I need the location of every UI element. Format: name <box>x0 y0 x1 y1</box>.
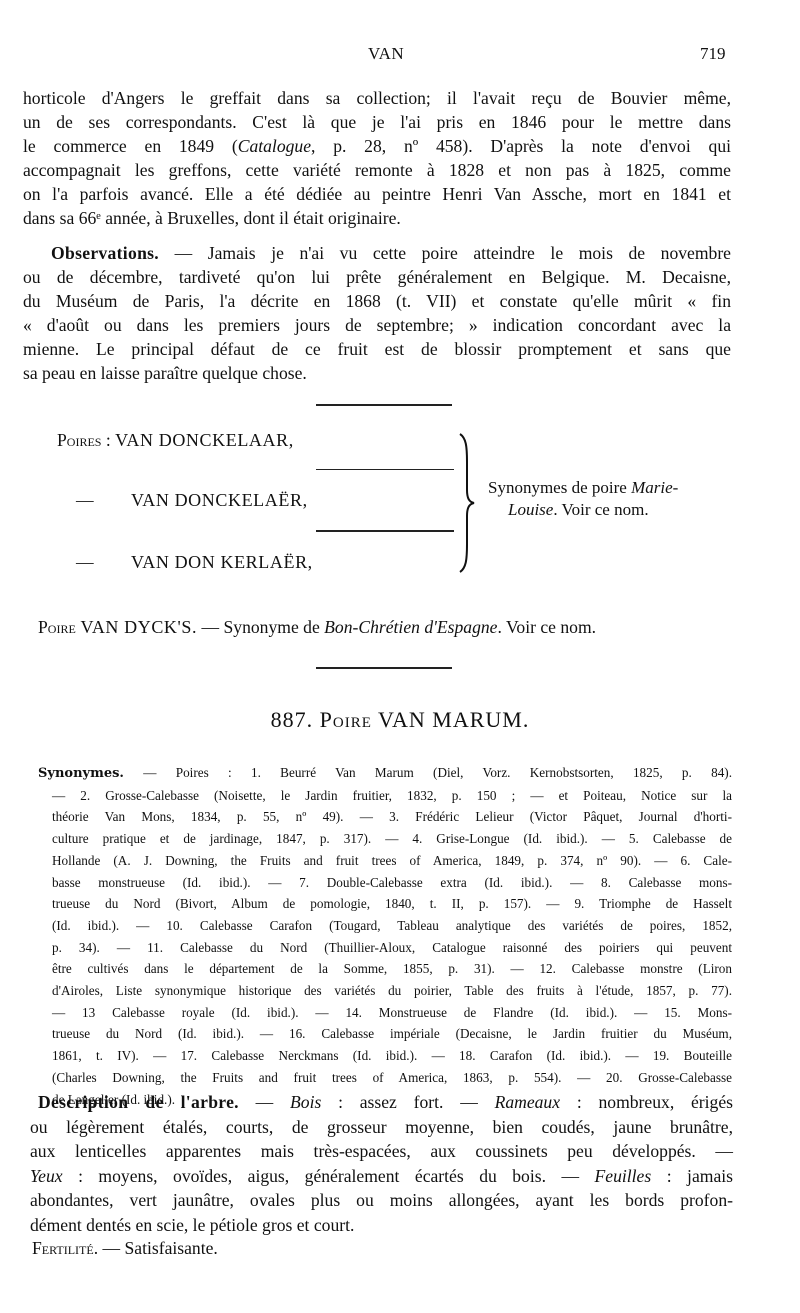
text-line: du Muséum de Paris, l'a décrite en 1868 … <box>23 289 731 313</box>
row-divider <box>316 530 454 532</box>
ditto-dash: — <box>76 490 94 510</box>
text-line: Observations. — Jamais je n'ai vu cette … <box>23 241 731 265</box>
van-dycks-entry: Poire VAN DYCK'S. — Synonyme de Bon-Chré… <box>38 617 596 638</box>
tree-description: Description de l'arbre. — Bois : assez f… <box>30 1090 733 1237</box>
fertility-label: Fertilité. <box>32 1238 98 1258</box>
text-line: théorie Van Mons, 1834, p. 55, nº 49). —… <box>38 806 732 828</box>
text-line: d'Airoles, Liste synonymique historique … <box>38 980 732 1002</box>
section-divider <box>316 667 452 669</box>
text-line: — 2. Grosse-Calebasse (Noisette, le Jard… <box>38 785 732 807</box>
text-line: (Id. ibid.). — 10. Calebasse Carafon (To… <box>38 915 732 937</box>
text-line: être cultivés dans le département de la … <box>38 958 732 980</box>
text-line: « d'août ou dans les premiers jours de s… <box>23 313 731 337</box>
text-line: aux lenticelles apparentes mais très-esp… <box>30 1139 733 1164</box>
entry-name: VAN MARUM. <box>378 707 529 732</box>
text-line: Description de l'arbre. — Bois : assez f… <box>30 1090 733 1115</box>
cross-reference-link: Bon-Chrétien d'Espagne <box>324 617 497 637</box>
observations-paragraph: Observations. — Jamais je n'ai vu cette … <box>23 241 731 385</box>
text-line: Yeux : moyens, ovoïdes, aigus, généralem… <box>30 1164 733 1189</box>
variety-name: VAN DON KERLAËR, <box>131 552 313 573</box>
text-line: on l'a parfois avancé. Elle a été dédiée… <box>23 182 731 206</box>
entry-number: 887. <box>271 707 314 732</box>
row-divider <box>316 469 454 470</box>
synonymes-heading: Synonymes. <box>38 766 124 781</box>
observations-heading: Observations. <box>51 243 159 263</box>
text-line: ou légèrement étalés, courts, de grosseu… <box>30 1115 733 1140</box>
cross-reference-item: Poires : VAN DONCKELAAR, <box>57 430 294 451</box>
variety-name: VAN DONCKELAAR, <box>115 430 294 450</box>
poires-prefix: Poires : <box>57 430 111 450</box>
running-head: VAN 719 <box>0 44 800 68</box>
running-title: VAN <box>368 44 404 64</box>
text-line: un de ses correspondants. C'est là que j… <box>23 110 731 134</box>
text-line: Synonymes. — Poires : 1. Beurré Van Maru… <box>38 762 732 785</box>
cross-reference-item: — <box>76 490 94 511</box>
text-line: p. 34). — 11. Calebasse du Nord (Thuilli… <box>38 937 732 959</box>
text-line: trueuse du Nord (Id. ibid.). — 16. Caleb… <box>38 1023 732 1045</box>
synonym-note: Synonymes de poire Marie- Louise. Voir c… <box>488 477 678 521</box>
ditto-dash: — <box>76 552 94 572</box>
description-heading: Description de l'arbre. <box>38 1092 239 1112</box>
text-line: 1861, t. IV). — 17. Calebasse Nerckmans … <box>38 1045 732 1067</box>
text-line: (Charles Downing, the Fruits and fruit t… <box>38 1067 732 1089</box>
fertility-line: Fertilité. — Satisfaisante. <box>32 1238 218 1259</box>
text-line: sa peau en laisse paraître quelque chose… <box>23 361 731 385</box>
text-line: horticole d'Angers le greffait dans sa c… <box>23 86 731 110</box>
text-line: dément dentés en scie, le pétiole gros e… <box>30 1213 733 1238</box>
text-line: ou de décembre, tardiveté qu'on lui prêt… <box>23 265 731 289</box>
text-line: accompagnait les greffons, cette variété… <box>23 158 731 182</box>
catalogue-citation: Catalogue <box>238 136 311 156</box>
page-number: 719 <box>700 44 726 64</box>
text-line: abondantes, vert jaunâtre, ovales plus o… <box>30 1188 733 1213</box>
section-divider <box>316 404 452 406</box>
synonymes-block: Synonymes. — Poires : 1. Beurré Van Maru… <box>38 762 732 1110</box>
text-line: le commerce en 1849 (Catalogue, p. 28, n… <box>23 134 731 158</box>
text-line: trueuse du Nord (Bivort, Album de pomolo… <box>38 893 732 915</box>
history-paragraph: horticole d'Angers le greffait dans sa c… <box>23 86 731 230</box>
cross-reference-item: — <box>76 552 94 573</box>
text-line: mienne. Le principal défaut de ce fruit … <box>23 337 731 361</box>
text-line: — 13 Calebasse royale (Id. ibid.). — 14.… <box>38 1002 732 1024</box>
entry-title: 887. Poire VAN MARUM. <box>0 707 800 733</box>
curly-brace-icon <box>456 432 480 574</box>
variety-name: VAN DONCKELAËR, <box>131 490 308 511</box>
text-line: basse monstrueuse (Id. ibid.). — 7. Doub… <box>38 872 732 894</box>
text-line: Hollande (A. J. Downing, the Fruits and … <box>38 850 732 872</box>
text-line: dans sa 66ᵉ année, à Bruxelles, dont il … <box>23 206 731 230</box>
text-line: culture pratique et de jardinage, 1847, … <box>38 828 732 850</box>
